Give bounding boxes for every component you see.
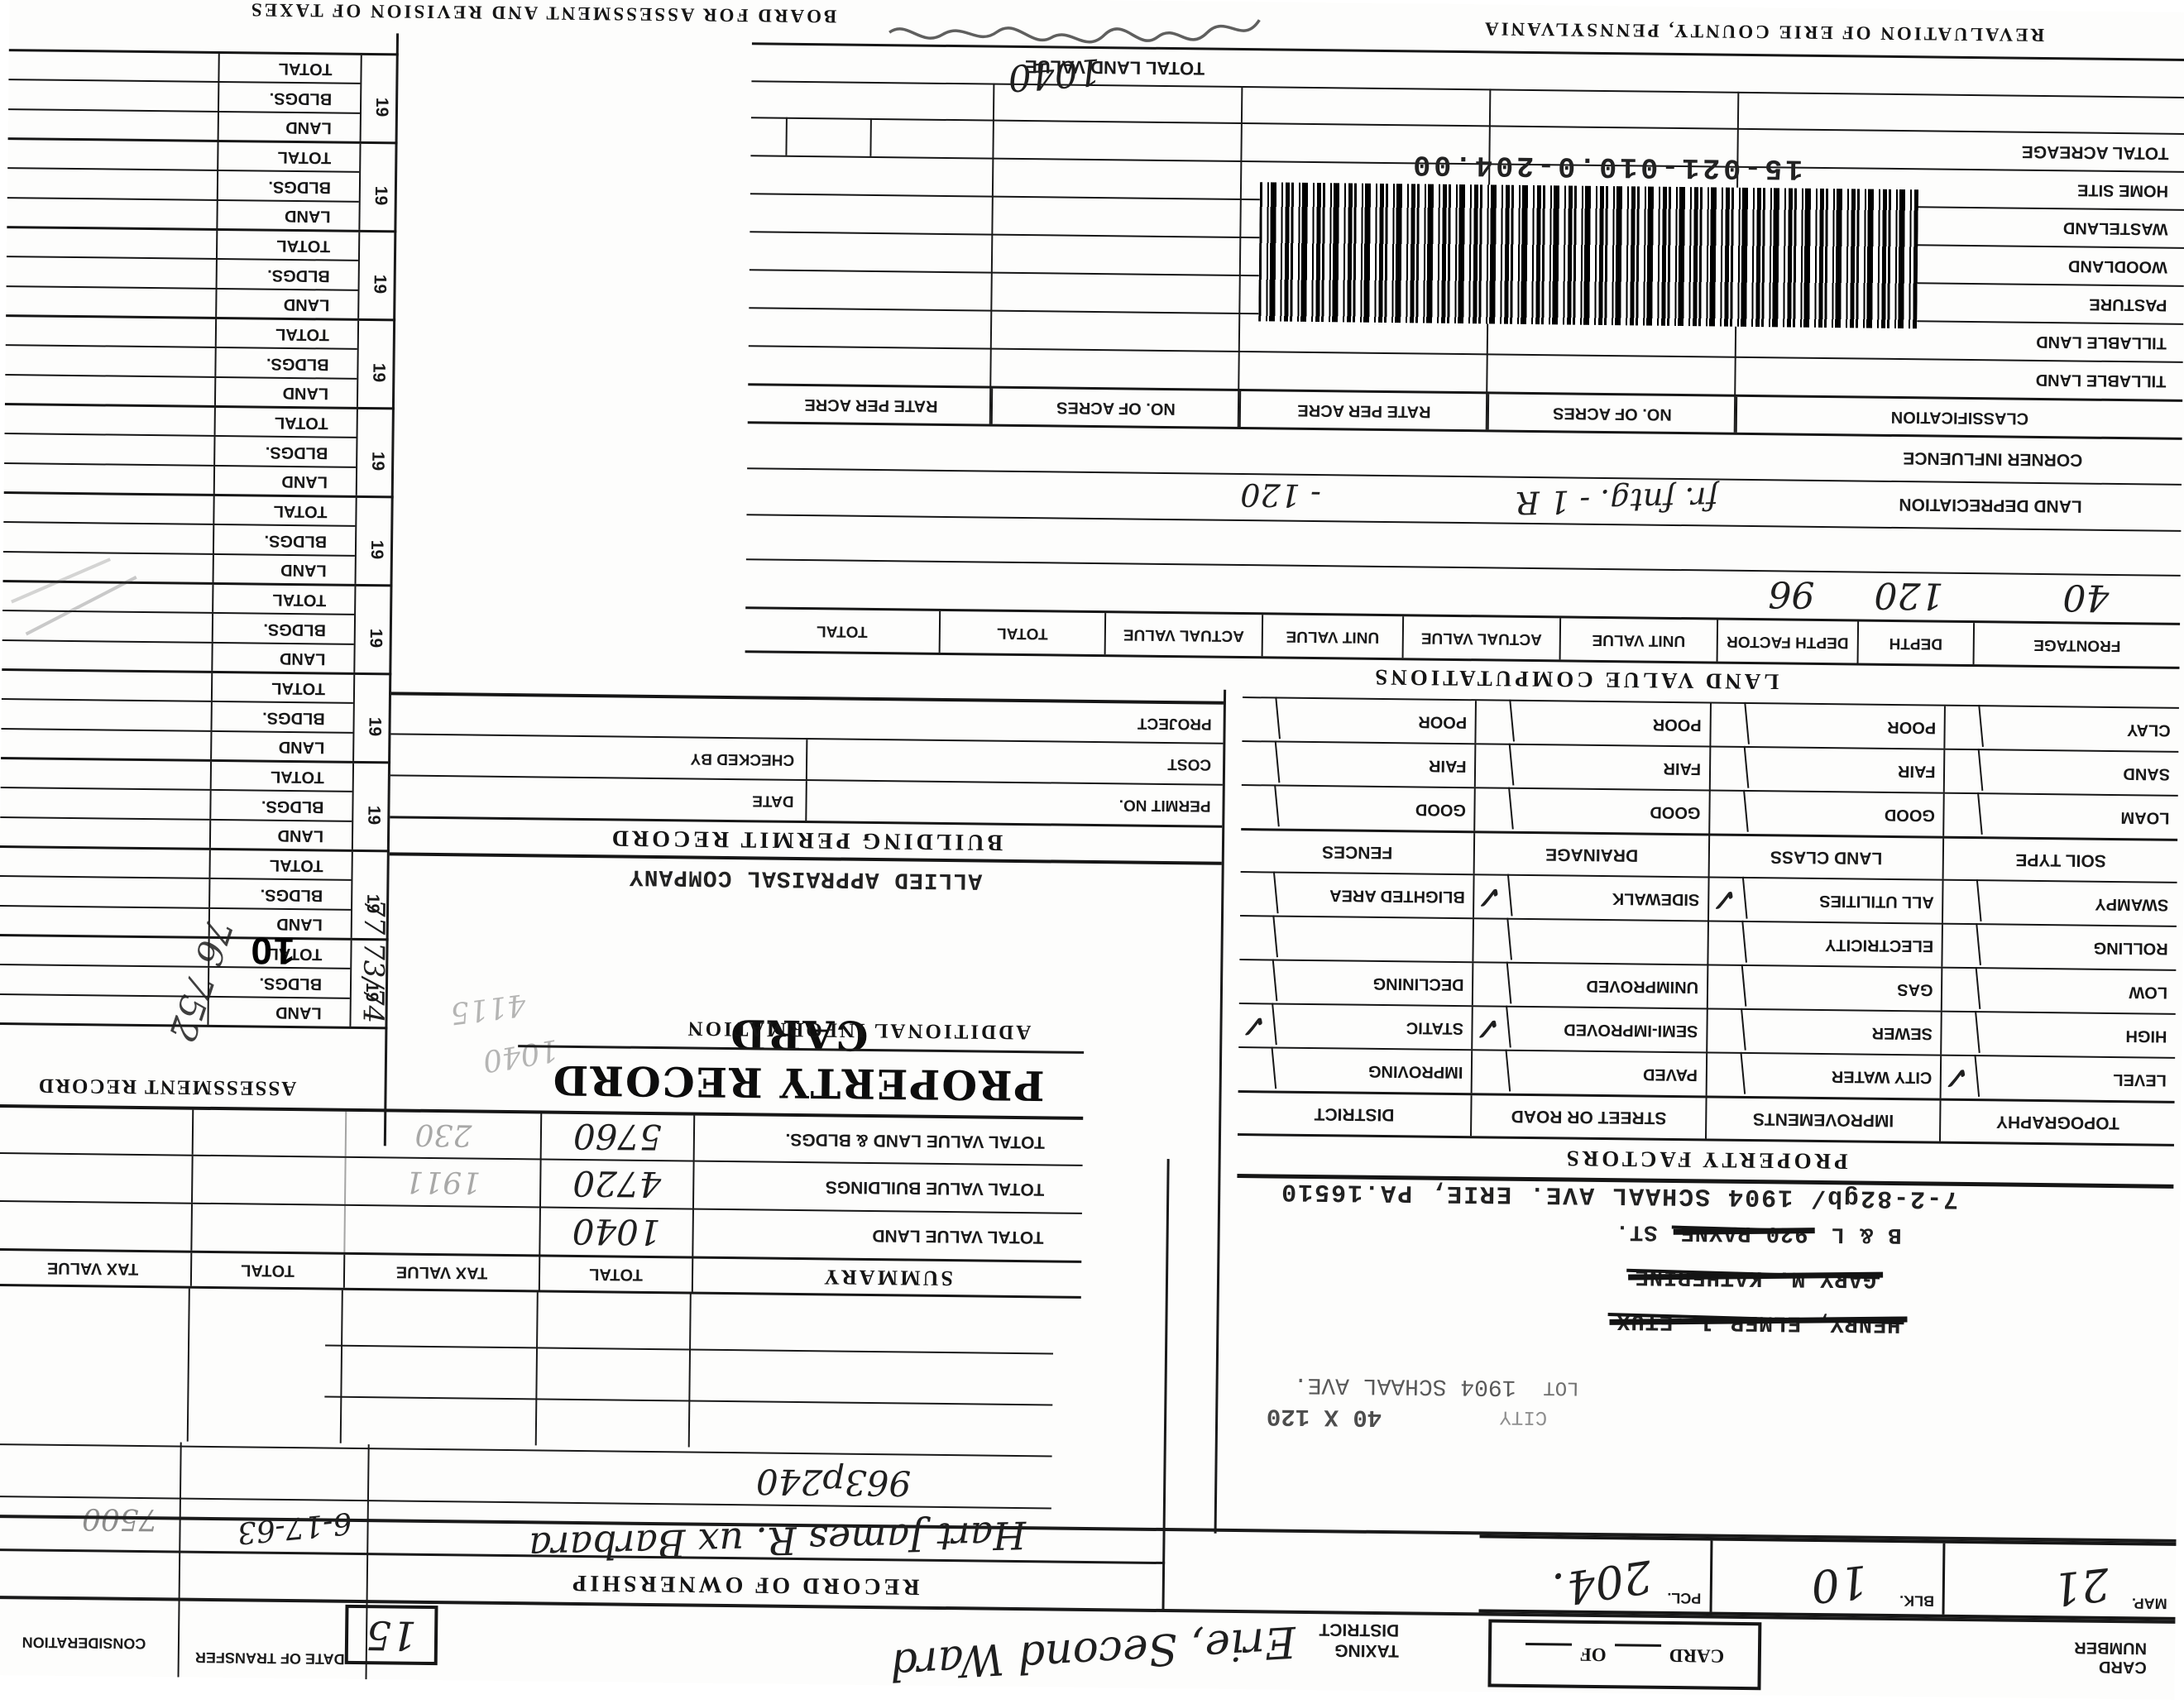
assessment-row-land: LAND: [8, 108, 360, 141]
header-street-or-road: STREET OR ROAD: [1471, 1095, 1706, 1138]
assessment-record-title: ASSESSMENT RECORD: [5, 1073, 328, 1099]
factor-label: BLIGHTED AREA: [1276, 874, 1473, 918]
frontage-value: 40: [2062, 576, 2110, 619]
factor-checkmark: [1941, 1011, 1981, 1056]
assessment-row-total: TOTAL: [2, 582, 354, 614]
header-no-of-acres-2: NO. OF ACRES: [991, 389, 1239, 427]
soil-checkmark: [1239, 784, 1280, 830]
assessment-row-bldgs: BLDGS.: [4, 433, 356, 466]
parcel-barcode: [1258, 182, 1918, 328]
total-row-value-cell: [7, 140, 217, 170]
soil-cell: POOR: [1709, 703, 1944, 748]
taxing-district-value: Erie, Second Ward: [888, 1616, 1297, 1687]
land-depreciation-label: LAND DEPRECIATION: [1899, 494, 2082, 516]
rule: [535, 1292, 539, 1445]
soil-label: FAIR: [1747, 748, 1944, 792]
assessment-row-total: TOTAL: [2, 671, 353, 702]
blk-cell: BLK. 10: [1709, 1541, 1943, 1615]
assessment-row-land: LAND: [0, 905, 351, 938]
soil-checkmark: [1474, 744, 1515, 789]
land-row-value-cell: [5, 376, 214, 405]
factor-cell: BLIGHTED AREA: [1240, 873, 1473, 917]
bldgs-row-value-cell: [7, 169, 217, 199]
assessment-row-bldgs: BLDGS.: [5, 344, 357, 377]
assessment-row-bldgs: BLDGS.: [7, 167, 359, 200]
record-of-ownership-title: RECORD OF OWNERSHIP: [496, 1568, 993, 1601]
land-row-label: LAND: [216, 201, 358, 230]
year-prefix-printed: 19: [366, 629, 386, 649]
factor-label: [1511, 920, 1707, 964]
total-row-label: TOTAL: [208, 850, 351, 879]
soil-cell: GOOD: [1241, 786, 1474, 830]
header-topography: TOPOGRAPHY: [1939, 1101, 2174, 1144]
map-label: MAP.: [2132, 1594, 2167, 1611]
summary-row-label: TOTAL VALUE LAND: [692, 1210, 1082, 1261]
factor-label: LOW: [1979, 969, 2176, 1013]
assessment-rows: LAND BLDGS. TOTAL: [5, 317, 357, 407]
factor-cell: ALL UTILITIES✓: [1707, 878, 1942, 922]
total-row-label: TOTAL: [212, 585, 354, 614]
factor-cell: HIGH: [1941, 1012, 2176, 1057]
assessment-year-cell: 19 77: [351, 852, 390, 939]
factor-checkmark: [1707, 921, 1747, 966]
year-prefix-printed: 19: [369, 275, 389, 294]
crossed-owner-text-2: GARY M. KATHERINE: [1634, 1263, 1876, 1290]
lot-value: 1904 SCHAAL AVE.: [1294, 1371, 1516, 1400]
stamped-number: 10: [249, 928, 295, 974]
taxing-district-label: TAXING DISTRICT: [1308, 1619, 1400, 1662]
assessment-year-cell: 19 73/74: [349, 941, 388, 1027]
summary-rows: TOTAL VALUE LAND 1040 TOTAL VALUE BUILDI…: [0, 1104, 1083, 1261]
line3-prefix: B & L: [1831, 1221, 1902, 1247]
assessment-rows: LAND BLDGS. TOTAL: [8, 51, 361, 141]
assessment-row-land: LAND: [5, 374, 357, 407]
header-drainage: DRAINAGE: [1473, 833, 1708, 876]
summary-row-total-value: 5760: [540, 1113, 694, 1160]
assessment-year-group: 19 77 LAND BLDGS. TOTAL: [0, 845, 390, 938]
header-frontage: FRONTAGE: [1973, 623, 2181, 667]
summary-col-tax-2: TAX VALUE: [0, 1251, 190, 1286]
bldgs-row-label: BLDGS.: [212, 614, 354, 643]
soil-checkmark: [1240, 740, 1281, 786]
land-row-value-cell: [7, 199, 216, 228]
factor-cell: IMPROVING: [1238, 1048, 1472, 1093]
bldgs-row-label: BLDGS.: [209, 791, 352, 820]
assessment-year-group: 19 LAND BLDGS. TOTAL: [2, 580, 392, 673]
total-row-value-cell: [7, 228, 216, 258]
land-row-value-cell: [0, 818, 209, 848]
bldgs-row-value-cell: [8, 80, 218, 110]
summary-row-label: TOTAL VALUE BUILDINGS: [692, 1162, 1083, 1213]
total-row-value-cell: [8, 51, 218, 81]
soil-label: GOOD: [1277, 787, 1474, 831]
assessment-row-bldgs: BLDGS.: [0, 875, 351, 908]
map-value: 21: [2050, 1558, 2112, 1615]
header-depth-factor: DEPTH FACTOR: [1717, 620, 1858, 663]
soil-checkmark: [1943, 792, 1984, 838]
header-no-of-acres-1: NO. OF ACRES: [1487, 394, 1736, 432]
pcl-value: 204.: [1549, 1550, 1655, 1616]
factor-checkmark: [1238, 959, 1278, 1004]
assessment-year-group: 19 LAND BLDGS. TOTAL: [3, 491, 394, 584]
factor-label: GAS: [1745, 966, 1942, 1011]
rule: [869, 118, 872, 156]
assessment-row-total: TOTAL: [8, 51, 360, 83]
land-row-label: LAND: [213, 555, 355, 584]
factor-cell: [1473, 919, 1707, 964]
total-row-label: TOTAL: [217, 142, 359, 171]
card-of-of-label: OF: [1580, 1644, 1607, 1665]
rule: [340, 1290, 343, 1443]
rule: [688, 1295, 692, 1448]
assessment-row-total: TOTAL: [5, 405, 357, 437]
land-row-label: LAND: [211, 644, 353, 673]
total-row-value-cell: [5, 405, 214, 435]
factor-checkmark: ✓: [1237, 1003, 1277, 1048]
total-row-label: TOTAL: [218, 54, 360, 83]
factor-cell: CITY WATER: [1706, 1053, 1941, 1098]
land-row-label: LAND: [209, 821, 352, 850]
summary-col-total-1: TOTAL: [539, 1256, 692, 1291]
factor-checkmark: [1473, 918, 1513, 964]
factor-label: IMPROVING: [1275, 1049, 1472, 1094]
city-label: CITY: [1499, 1405, 1547, 1429]
consideration-header: CONSIDERATION: [0, 1633, 173, 1652]
total-row-label: TOTAL: [215, 319, 357, 348]
summary-col-total-2: TOTAL: [190, 1253, 343, 1288]
assessment-row-land: LAND: [7, 197, 358, 230]
bldgs-row-label: BLDGS.: [213, 437, 356, 466]
factor-cell: SEWER: [1706, 1009, 1941, 1054]
permit-date-label: DATE: [390, 776, 806, 821]
factor-cell: DECLINING: [1239, 960, 1473, 1005]
soil-checkmark: [1943, 749, 1984, 794]
bldgs-row-value-cell: [0, 877, 208, 907]
factor-checkmark: [1942, 879, 1982, 925]
factor-label: SIDEWALK: [1511, 876, 1708, 921]
map-blk-pcl-row: MAP. 21 BLK. 10 PCL. 204.: [1478, 1534, 2176, 1620]
footer-revaluation: REVALUATION OF ERIE COUNTY, PENNSYLVANIA: [1482, 17, 2044, 45]
rule: [1162, 1159, 1170, 1610]
lot-dimensions: 40 X 120: [1267, 1402, 1382, 1431]
year-prefix-printed: 19: [363, 806, 383, 826]
soil-cell: SAND: [1943, 750, 2178, 795]
blk-label: BLK.: [1899, 1592, 1934, 1609]
depth-value: 120: [1874, 574, 1944, 617]
bldgs-row-label: BLDGS.: [208, 879, 351, 908]
corner-number-box: 15: [345, 1605, 438, 1665]
assessment-year-group: 19 LAND BLDGS. TOTAL: [7, 137, 397, 230]
header-soil-type: SOIL TYPE: [1942, 839, 2177, 882]
assessment-row-land: LAND: [2, 639, 353, 673]
soil-cell: LOAM: [1943, 794, 2178, 839]
year-prefix-printed: 19: [371, 98, 391, 117]
depth-factor-value: 96: [1768, 572, 1815, 615]
header-total-2: TOTAL: [745, 609, 940, 653]
bldgs-row-label: BLDGS.: [214, 348, 357, 377]
soil-checkmark: [1709, 702, 1750, 748]
land-row-label: LAND: [218, 112, 360, 141]
soil-checkmark: [1708, 790, 1749, 835]
assessment-row-total: TOTAL: [0, 848, 352, 879]
summary-row-empty-1: [191, 1156, 345, 1204]
header-unit-value-1: UNIT VALUE: [1559, 618, 1717, 661]
soil-cell: FAIR: [1709, 747, 1944, 792]
soil-label: POOR: [1513, 701, 1710, 746]
year-prefix-printed: 19: [364, 717, 384, 737]
classification-row-label: WASTELAND: [2063, 218, 2168, 238]
permit-no-label: PERMIT NO.: [805, 781, 1223, 826]
bldgs-row-value-cell: [5, 346, 214, 376]
factor-checkmark: ✓: [1707, 877, 1748, 922]
factor-label: ROLLING: [1980, 925, 2177, 969]
assessment-row-land: LAND: [6, 285, 357, 318]
total-row-value-cell: [1, 759, 210, 789]
factor-checkmark: [1472, 962, 1512, 1008]
factor-checkmark: [1941, 967, 1981, 1012]
factor-label: [1276, 917, 1473, 962]
header-actual-value-1: ACTUAL VALUE: [1402, 616, 1560, 659]
header-improvements: IMPROVEMENTS: [1705, 1098, 1940, 1141]
classification-row-label: HOME SITE: [2077, 180, 2168, 200]
assessment-year-group: 19 LAND BLDGS. TOTAL: [0, 757, 390, 850]
card-number-label: CARD NUMBER: [2064, 1637, 2148, 1676]
factor-cell: ROLLING: [1942, 925, 2177, 969]
summary-row-tax-value: [343, 1206, 539, 1255]
assessment-row-bldgs: BLDGS.: [8, 79, 360, 112]
soil-label: LOAM: [1981, 794, 2178, 839]
card-of-blank1: [1615, 1644, 1661, 1666]
factor-checkmark: ✓: [1472, 1006, 1512, 1051]
assessment-row-land: LAND: [1, 728, 352, 761]
soil-checkmark: [1240, 696, 1281, 742]
classification-row-label: PASTURE: [2089, 294, 2167, 314]
total-row-label: TOTAL: [210, 762, 352, 791]
classification-row-label: WOODLAND: [2068, 256, 2167, 276]
factor-label: SEMI-IMPROVED: [1510, 1008, 1707, 1052]
land-row-label: LAND: [207, 998, 349, 1027]
factors-rows: LEVEL✓ CITY WATER PAVED IMPROVING HIGH S…: [1238, 871, 2177, 1101]
summary-row-empty-1: [192, 1110, 346, 1156]
summary-row-empty-2: [0, 1202, 191, 1251]
bldgs-row-label: BLDGS.: [210, 702, 352, 731]
crossed-owner-text-1: HENRY, ELMER J. ETUX: [1616, 1308, 1900, 1336]
soil-cell: GOOD: [1474, 788, 1709, 833]
additional-information-title: ADDITIONAL INFORMATION: [643, 1016, 1073, 1044]
soil-label: FAIR: [1512, 745, 1709, 790]
assessment-year-cell: 19: [360, 55, 399, 142]
summary-row-empty-2: [0, 1154, 192, 1203]
factor-checkmark: ✓: [1940, 1055, 1980, 1100]
assessment-rows: LAND BLDGS. TOTAL: [3, 494, 356, 584]
factor-label: LEVEL: [1978, 1056, 2175, 1101]
assessment-year-cell: 19: [355, 498, 394, 585]
property-record-card-scan: CARD NUMBER MAP. 21 BLK. 10 PCL. 204. CA…: [0, 0, 2184, 1687]
land-row-value-cell: [3, 553, 213, 582]
soil-label: POOR: [1278, 699, 1475, 744]
header-land-class: LAND CLASS: [1708, 835, 1943, 878]
assessment-year-group: 19 LAND BLDGS. TOTAL: [5, 314, 395, 407]
summary-table: SUMMARY TOTAL TAX VALUE TOTAL TAX VALUE …: [0, 1104, 1083, 1299]
factor-label: ELECTRICITY: [1745, 922, 1942, 967]
land-depreciation-note: fr. fntg. - 1 R: [1516, 480, 1718, 521]
summary-col-tax-1: TAX VALUE: [343, 1255, 539, 1290]
land-row-label: LAND: [215, 290, 357, 318]
summary-row-tax-value: 230: [345, 1112, 541, 1159]
factor-label: UNIMPROVED: [1510, 964, 1707, 1008]
total-row-label: TOTAL: [216, 231, 358, 260]
deed-reference-entry: 963p240: [756, 1461, 912, 1503]
assessment-year-group: 19 LAND BLDGS. TOTAL: [8, 49, 399, 141]
year-prefix-printed: 19: [367, 452, 387, 471]
assessment-row-bldgs: BLDGS.: [3, 521, 355, 554]
summary-row-label: TOTAL VALUE LAND & BLDGS.: [693, 1116, 1084, 1165]
factor-label: STATIC: [1275, 1005, 1472, 1050]
assessment-row-land: LAND: [4, 462, 356, 495]
soil-label: FAIR: [1278, 743, 1475, 787]
factor-label: SEWER: [1744, 1010, 1941, 1055]
total-row-value-cell: [2, 582, 212, 612]
total-row-value-cell: [0, 936, 208, 966]
factor-label: SWAMPY: [1980, 881, 2177, 926]
assessment-rows: LAND BLDGS. TOTAL: [0, 759, 352, 850]
bldgs-row-label: BLDGS.: [216, 260, 358, 289]
assessment-year-group: 19 LAND BLDGS. TOTAL: [4, 403, 395, 495]
factor-checkmark: [1706, 1008, 1746, 1054]
classification-row-label: TILLABLE LAND: [2036, 332, 2167, 352]
permit-checked-by-label: CHECKED BY: [390, 735, 807, 779]
summary-row-tax-value: 1911: [344, 1158, 540, 1207]
assessment-year-group: 19 LAND BLDGS. TOTAL: [1, 668, 391, 761]
factor-checkmark: [1238, 871, 1279, 917]
soil-cell: GOOD: [1708, 791, 1943, 835]
summary-row-total-value: 1040: [539, 1208, 692, 1256]
assessment-row-total: TOTAL: [7, 140, 359, 171]
assessment-year-cell: 19: [356, 409, 395, 496]
soil-checkmark: [1709, 746, 1750, 792]
soil-cell: POOR: [1475, 701, 1710, 745]
total-acreage-label: TOTAL ACREAGE: [2022, 141, 2169, 163]
consideration-entry: 7500: [82, 1501, 158, 1536]
land-value-title: LAND VALUE COMPUTATIONS: [1319, 663, 1832, 695]
assessment-year-cell: 19: [357, 232, 396, 319]
crossed-owner-line-2: GARY M. KATHERINE: [1634, 1263, 1876, 1290]
assessment-year-cell: 19: [358, 144, 397, 231]
factor-cell: SWAMPY: [1942, 881, 2177, 926]
soil-label: SAND: [1981, 750, 2178, 795]
bldgs-row-value-cell: [7, 257, 216, 287]
assessment-row-total: TOTAL: [6, 317, 357, 348]
parcel-number: 15-021-010.0-204.00: [1410, 147, 1803, 184]
factor-checkmark: ✓: [1473, 874, 1514, 920]
land-row-value-cell: [4, 464, 213, 494]
header-unit-value-2: UNIT VALUE: [1262, 615, 1403, 658]
assessment-rows: LAND BLDGS. TOTAL: [1, 671, 353, 761]
building-permit-section: ALLIED APPRAISAL COMPANY BUILDING PERMIT…: [389, 692, 1224, 901]
property-factors-table: PROPERTY FACTORS TOPOGRAPHY IMPROVEMENTS…: [1237, 696, 2179, 1189]
total-land-value-amount: 1040: [1007, 50, 1103, 98]
factor-cell: ELECTRICITY: [1707, 921, 1942, 966]
summary-row-empty-1: [190, 1204, 344, 1252]
land-row-value-cell: [1, 730, 210, 759]
factor-checkmark: [1238, 915, 1278, 960]
card-of-box: CARD OF: [1487, 1619, 1761, 1687]
soil-cell: FAIR: [1242, 742, 1475, 787]
bldgs-row-value-cell: [3, 523, 213, 553]
factor-label: PAVED: [1509, 1051, 1706, 1096]
year-prefix-printed: 19: [368, 363, 388, 383]
assessment-row-bldgs: BLDGS.: [2, 610, 354, 643]
year-handwritten: 73/74: [356, 942, 390, 1023]
assessment-record-column: 19 73/74 LAND BLDGS. TOTAL 19 77 LAND BL…: [0, 49, 399, 1029]
blk-value: 10: [1808, 1555, 1870, 1613]
bldgs-row-value-cell: [4, 434, 213, 464]
classification-row-label: TILLABLE LAND: [2036, 370, 2167, 390]
pcl-cell: PCL. 204.: [1479, 1538, 1711, 1611]
rule: [0, 1443, 1052, 1457]
date-of-transfer-header: DATE OF TRANSFER: [185, 1648, 355, 1668]
land-row-value-cell: [2, 641, 211, 671]
factor-checkmark: [1237, 1046, 1277, 1092]
soil-checkmark: [1475, 700, 1516, 745]
assessment-rows: LAND BLDGS. TOTAL: [4, 405, 357, 495]
factor-checkmark: [1471, 1050, 1511, 1095]
rule: [177, 1443, 181, 1678]
transfer-date-entry: 6-17-63: [236, 1505, 353, 1550]
assessment-row-bldgs: BLDGS.: [0, 787, 352, 820]
assessment-year-cell: 19: [353, 586, 392, 673]
soil-label: POOR: [1747, 704, 1944, 749]
total-row-value-cell: [0, 848, 209, 878]
bldgs-row-value-cell: [2, 611, 212, 641]
soil-cell: FAIR: [1474, 744, 1709, 789]
factor-cell: LOW: [1941, 969, 2176, 1013]
factor-cell: LEVEL✓: [1940, 1056, 2175, 1101]
line3-suffix: ST.: [1615, 1218, 1658, 1244]
factor-label: DECLINING: [1276, 961, 1473, 1006]
pcl-label: PCL.: [1667, 1589, 1701, 1606]
header-fences: FENCES: [1241, 830, 1474, 874]
bldgs-row-label: BLDGS.: [213, 525, 355, 554]
bldgs-row-value-cell: [2, 700, 211, 730]
assessment-row-land: LAND: [3, 551, 355, 584]
assessment-row-total: TOTAL: [0, 936, 351, 968]
land-depreciation-value: - 120: [1240, 476, 1321, 514]
total-row-label: TOTAL: [211, 673, 353, 702]
header-district: DISTRICT: [1238, 1093, 1471, 1136]
soil-label: CLAY: [1982, 706, 2179, 751]
header-classification: CLASSIFICATION: [1736, 397, 2182, 438]
header-actual-value-2: ACTUAL VALUE: [1104, 613, 1262, 656]
assessment-year-group: 19 LAND BLDGS. TOTAL: [6, 226, 396, 318]
total-row-value-cell: [2, 671, 211, 701]
total-row-label: TOTAL: [214, 408, 357, 437]
total-land-value-label: TOTAL LAND VALUE: [937, 55, 1293, 80]
year-prefix-printed: 19: [371, 186, 390, 206]
factor-cell: [1239, 917, 1473, 961]
soil-cell: POOR: [1242, 698, 1475, 743]
land-value-computations-table: LAND VALUE COMPUTATIONS FRONTAGE DEPTH D…: [745, 42, 2184, 702]
factor-label: HIGH: [1979, 1012, 2176, 1057]
factor-checkmark: [1942, 923, 1982, 969]
total-row-value-cell: [3, 494, 213, 524]
soil-checkmark: [1474, 787, 1515, 833]
total-row-label: TOTAL: [213, 496, 355, 525]
summary-row-empty-2: [0, 1108, 192, 1155]
land-row-label: LAND: [213, 467, 356, 495]
header-rate-per-acre-2: RATE PER ACRE: [751, 385, 991, 424]
soil-label: GOOD: [1512, 789, 1709, 834]
